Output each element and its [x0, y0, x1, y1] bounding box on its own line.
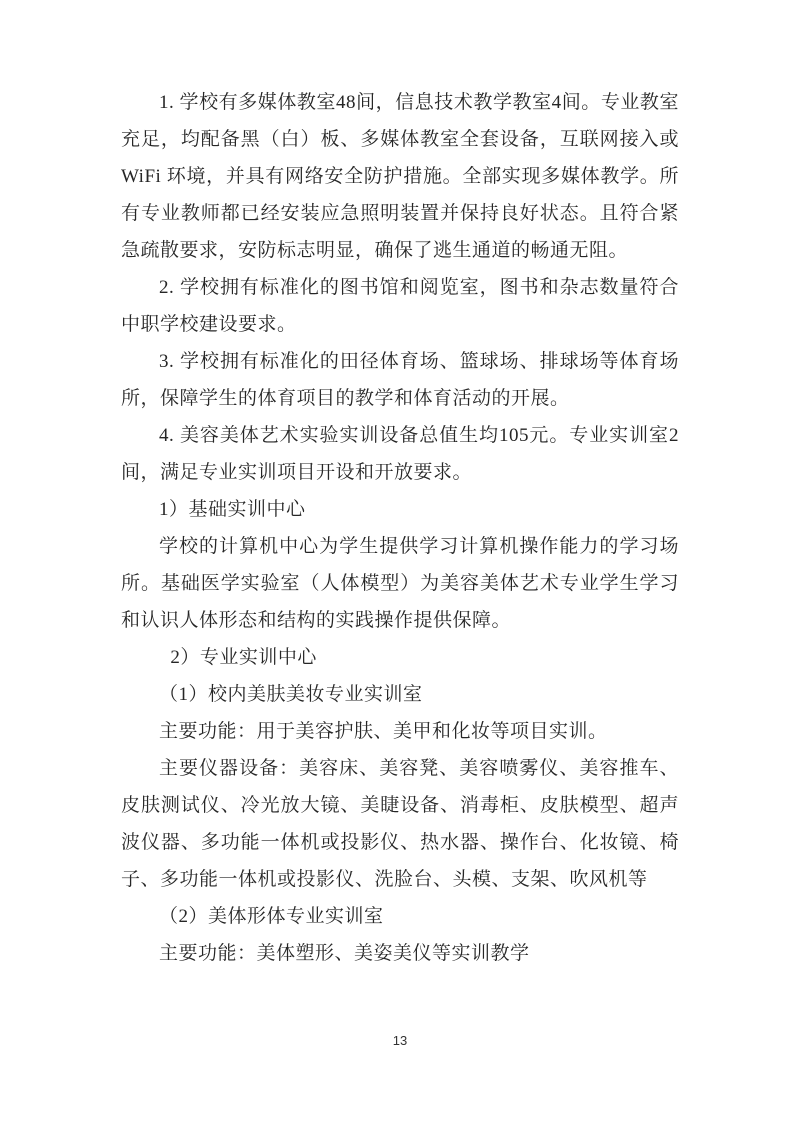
- paragraph: 主要功能：用于美容护肤、美甲和化妆等项目实训。: [121, 713, 679, 750]
- paragraph: 主要仪器设备：美容床、美容凳、美容喷雾仪、美容推车、皮肤测试仪、冷光放大镜、美睫…: [121, 750, 679, 898]
- paragraph: 2. 学校拥有标准化的图书馆和阅览室，图书和杂志数量符合中职学校建设要求。: [121, 269, 679, 343]
- paragraph: 2）专业实训中心: [121, 639, 679, 676]
- paragraph: 1）基础实训中心: [121, 491, 679, 528]
- paragraph: 学校的计算机中心为学生提供学习计算机操作能力的学习场所。基础医学实验室（人体模型…: [121, 528, 679, 639]
- paragraph: 1. 学校有多媒体教室48间，信息技术教学教室4间。专业教室充足，均配备黑（白）…: [121, 84, 679, 269]
- document-body: 1. 学校有多媒体教室48间，信息技术教学教室4间。专业教室充足，均配备黑（白）…: [121, 84, 679, 972]
- paragraph: 主要功能：美体塑形、美姿美仪等实训教学: [121, 935, 679, 972]
- paragraph: 3. 学校拥有标准化的田径体育场、篮球场、排球场等体育场所，保障学生的体育项目的…: [121, 343, 679, 417]
- paragraph: （2）美体形体专业实训室: [121, 898, 679, 935]
- paragraph: 4. 美容美体艺术实验实训设备总值生均105元。专业实训室2间，满足专业实训项目…: [121, 417, 679, 491]
- paragraph: （1）校内美肤美妆专业实训室: [121, 676, 679, 713]
- page-number: 13: [0, 1033, 800, 1048]
- document-page: 1. 学校有多媒体教室48间，信息技术教学教室4间。专业教室充足，均配备黑（白）…: [0, 0, 800, 1131]
